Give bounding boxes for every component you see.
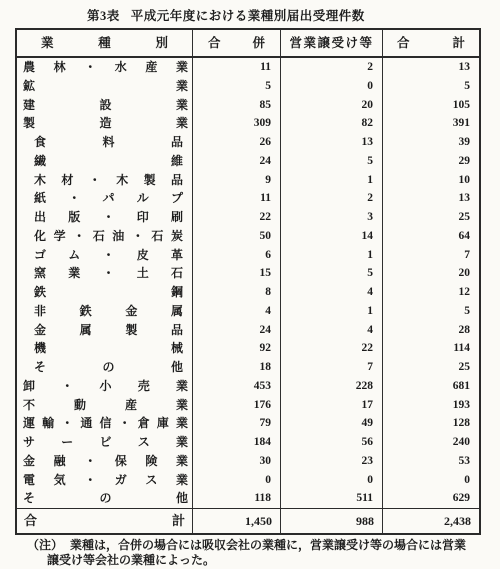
row-total-value: 25 [383,208,479,227]
table-row: 運 輸 ・ 通 信 ・ 倉 庫 業7949128 [17,414,479,433]
row-total-value: 240 [383,433,479,452]
industry-label: そ の 他 [17,489,193,508]
industry-label: 金 融 ・ 保 険 業 [17,452,193,471]
industry-label: そ の 他 [17,358,193,377]
row-total-value: 12 [383,283,479,302]
table-row: 卸 ・ 小 売 業453228681 [17,377,479,396]
industry-label: 鉄 鋼 [17,283,193,302]
row-total-value: 5 [383,302,479,321]
transfer-value: 511 [281,489,383,508]
table-row: 農 林 ・ 水 産 業11213 [17,58,479,77]
table-title-text: 平成元年度における業種別届出受理件数 [131,9,365,23]
row-total-value: 10 [383,171,479,190]
table-row: 電 気 ・ ガ ス 業000 [17,471,479,490]
transfer-value: 13 [281,133,383,152]
total-transfer-value: 988 [281,509,383,533]
industry-label: 不 動 産 業 [17,396,193,415]
footnote-line-2: 譲受け等会社の業種によった。 [47,553,482,568]
table-row: 機 械9222114 [17,339,479,358]
industry-label: 食 料 品 [17,133,193,152]
table-row: サ ー ビ ス 業18456240 [17,433,479,452]
merger-value: 9 [193,171,281,190]
table-body: 農 林 ・ 水 産 業11213鉱 業505建 設 業8520105製 造 業3… [17,58,479,508]
table-row: 金 融 ・ 保 険 業302353 [17,452,479,471]
transfer-value: 5 [281,264,383,283]
merger-value: 453 [193,377,281,396]
table-row: 紙 ・ パ ル プ11213 [17,189,479,208]
table-row: 化 学 ・ 石 油 ・ 石 炭501464 [17,227,479,246]
industry-label: 電 気 ・ ガ ス 業 [17,471,193,490]
table-row: 木 材 ・ 木 製 品9110 [17,171,479,190]
row-total-value: 20 [383,264,479,283]
merger-value: 22 [193,208,281,227]
total-row-label: 合 計 [17,509,193,533]
transfer-value: 1 [281,171,383,190]
column-header-industry: 業 種 別 [17,30,193,56]
table-row: ゴ ム ・ 皮 革617 [17,246,479,265]
transfer-value: 228 [281,377,383,396]
row-total-value: 29 [383,152,479,171]
merger-value: 118 [193,489,281,508]
row-total-value: 64 [383,227,479,246]
merger-value: 92 [193,339,281,358]
industry-label: 化 学 ・ 石 油 ・ 石 炭 [17,227,193,246]
transfer-value: 82 [281,114,383,133]
footnote-line-1: （注）業種は，合併の場合には吸収会社の業種に，営業譲受け等の場合には営業 [27,538,482,553]
table-row: 食 料 品261339 [17,133,479,152]
merger-value: 50 [193,227,281,246]
table-row: 金 属 製 品24428 [17,321,479,340]
industry-label: 農 林 ・ 水 産 業 [17,58,193,77]
row-total-value: 13 [383,58,479,77]
transfer-value: 56 [281,433,383,452]
merger-value: 5 [193,77,281,96]
merger-value: 184 [193,433,281,452]
industry-label: 木 材 ・ 木 製 品 [17,171,193,190]
merger-value: 6 [193,246,281,265]
total-merger-value: 1,450 [193,509,281,533]
transfer-value: 3 [281,208,383,227]
table-row: 製 造 業30982391 [17,114,479,133]
industry-label: 建 設 業 [17,96,193,115]
table-row: 出 版 ・ 印 刷22325 [17,208,479,227]
transfer-value: 2 [281,58,383,77]
transfer-value: 2 [281,189,383,208]
table-row: 繊 維24529 [17,152,479,171]
table-row: 鉄 鋼8412 [17,283,479,302]
industry-label: 出 版 ・ 印 刷 [17,208,193,227]
total-overall-value: 2,438 [383,509,479,533]
transfer-value: 7 [281,358,383,377]
merger-value: 15 [193,264,281,283]
merger-value: 85 [193,96,281,115]
transfer-value: 0 [281,77,383,96]
industry-label: ゴ ム ・ 皮 革 [17,246,193,265]
table-number: 第3表 [87,9,120,23]
row-total-value: 681 [383,377,479,396]
table-row: 建 設 業8520105 [17,96,479,115]
transfer-value: 0 [281,471,383,490]
transfer-value: 23 [281,452,383,471]
merger-value: 18 [193,358,281,377]
footnote: （注）業種は，合併の場合には吸収会社の業種に，営業譲受け等の場合には営業 譲受け… [27,538,482,568]
row-total-value: 128 [383,414,479,433]
table-row: 不 動 産 業17617193 [17,396,479,415]
row-total-value: 7 [383,246,479,265]
industry-label: 機 械 [17,339,193,358]
table-row: そ の 他118511629 [17,489,479,508]
merger-value: 30 [193,452,281,471]
transfer-value: 49 [281,414,383,433]
row-total-value: 105 [383,96,479,115]
merger-value: 11 [193,58,281,77]
transfer-value: 14 [281,227,383,246]
merger-value: 0 [193,471,281,490]
table-row: そ の 他18725 [17,358,479,377]
transfer-value: 20 [281,96,383,115]
transfer-value: 5 [281,152,383,171]
merger-value: 79 [193,414,281,433]
transfer-value: 4 [281,321,383,340]
industry-label: 金 属 製 品 [17,321,193,340]
table-row: 窯 業 ・ 土 石15520 [17,264,479,283]
industry-label: 非 鉄 金 属 [17,302,193,321]
table-row: 非 鉄 金 属415 [17,302,479,321]
industry-label: 鉱 業 [17,77,193,96]
transfer-value: 22 [281,339,383,358]
merger-value: 11 [193,189,281,208]
transfer-value: 1 [281,246,383,265]
row-total-value: 114 [383,339,479,358]
row-total-value: 193 [383,396,479,415]
merger-value: 176 [193,396,281,415]
industry-notification-table: 業 種 別 合 併 営業譲受け等 合 計 農 林 ・ 水 産 業11213鉱 業… [15,28,481,535]
industry-label: 運 輸 ・ 通 信 ・ 倉 庫 業 [17,414,193,433]
row-total-value: 39 [383,133,479,152]
industry-label: 窯 業 ・ 土 石 [17,264,193,283]
row-total-value: 28 [383,321,479,340]
merger-value: 309 [193,114,281,133]
merger-value: 8 [193,283,281,302]
transfer-value: 1 [281,302,383,321]
total-row: 合 計 1,450 988 2,438 [17,508,479,533]
page-title: 第3表平成元年度における業種別届出受理件数 [87,6,365,24]
industry-label: サ ー ビ ス 業 [17,433,193,452]
column-header-business-transfer: 営業譲受け等 [281,30,383,56]
merger-value: 4 [193,302,281,321]
row-total-value: 5 [383,77,479,96]
transfer-value: 4 [281,283,383,302]
merger-value: 24 [193,152,281,171]
row-total-value: 0 [383,471,479,490]
row-total-value: 53 [383,452,479,471]
row-total-value: 629 [383,489,479,508]
industry-label: 繊 維 [17,152,193,171]
industry-label: 紙 ・ パ ル プ [17,189,193,208]
transfer-value: 17 [281,396,383,415]
industry-label: 卸 ・ 小 売 業 [17,377,193,396]
column-header-total: 合 計 [383,30,479,56]
table-row: 鉱 業505 [17,77,479,96]
footnote-text: 業種は，合併の場合には吸収会社の業種に，営業譲受け等の場合には営業 [70,538,466,552]
column-header-merger: 合 併 [193,30,281,56]
footnote-marker: （注） [27,538,63,552]
merger-value: 24 [193,321,281,340]
row-total-value: 13 [383,189,479,208]
table-header-row: 業 種 別 合 併 営業譲受け等 合 計 [17,30,479,58]
industry-label: 製 造 業 [17,114,193,133]
merger-value: 26 [193,133,281,152]
row-total-value: 391 [383,114,479,133]
row-total-value: 25 [383,358,479,377]
